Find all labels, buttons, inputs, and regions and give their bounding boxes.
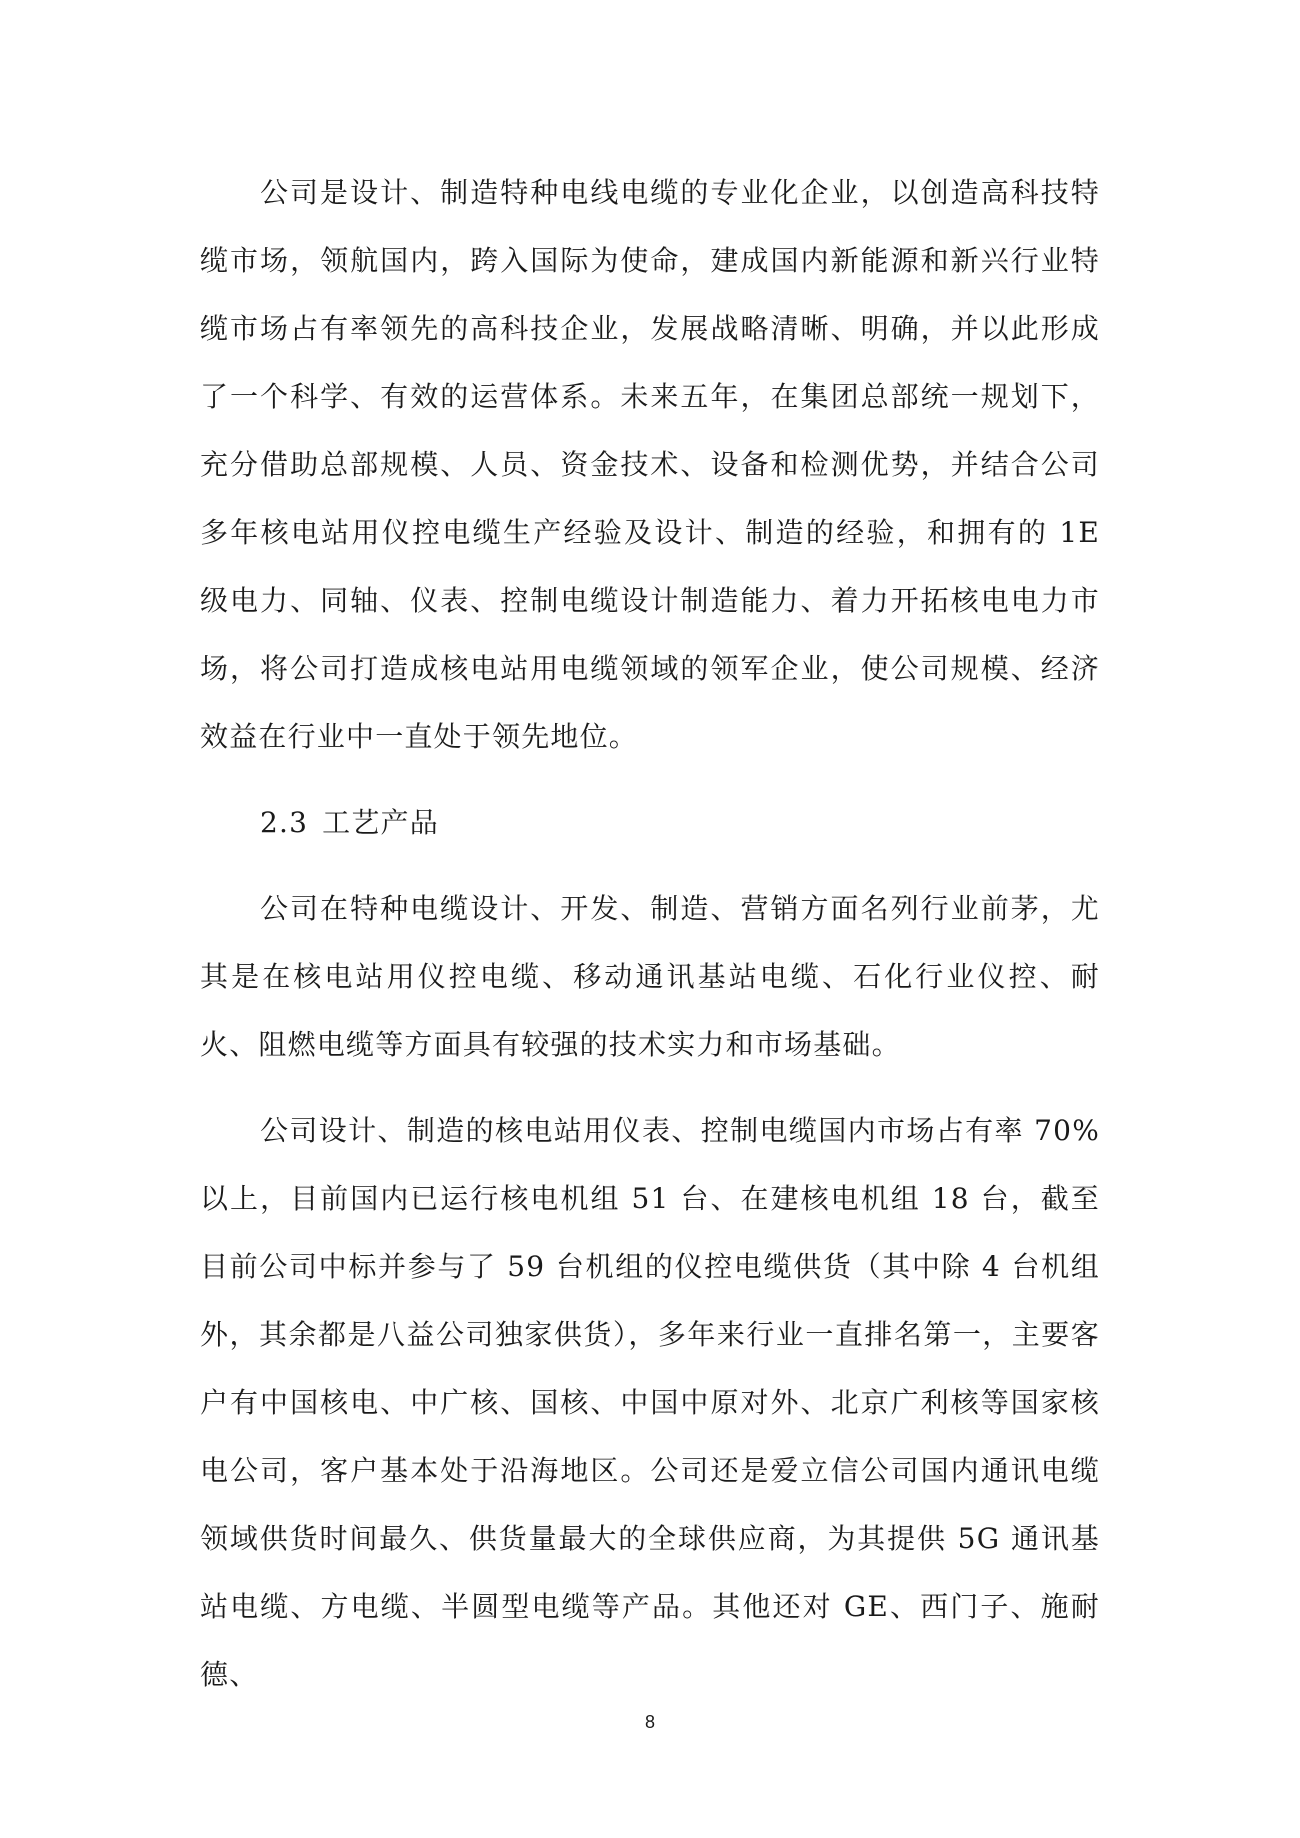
page-number: 8 [0, 1708, 1300, 1736]
paragraph-market-share: 公司设计、制造的核电站用仪表、控制电缆国内市场占有率 70% 以上，目前国内已运… [200, 1097, 1100, 1709]
section-heading: 2.3工艺产品 [200, 789, 1100, 857]
section-number: 2.3 [260, 806, 308, 839]
section-title: 工艺产品 [322, 806, 439, 839]
page-content: 公司是设计、制造特种电线电缆的专业化企业，以创造高科技特缆市场，领航国内，跨入国… [200, 159, 1100, 1727]
paragraph-company-strategy: 公司是设计、制造特种电线电缆的专业化企业，以创造高科技特缆市场，领航国内，跨入国… [200, 159, 1100, 771]
document-page: 公司是设计、制造特种电线电缆的专业化企业，以创造高科技特缆市场，领航国内，跨入国… [0, 0, 1300, 1838]
paragraph-product-overview: 公司在特种电缆设计、开发、制造、营销方面名列行业前茅，尤其是在核电站用仪控电缆、… [200, 875, 1100, 1079]
